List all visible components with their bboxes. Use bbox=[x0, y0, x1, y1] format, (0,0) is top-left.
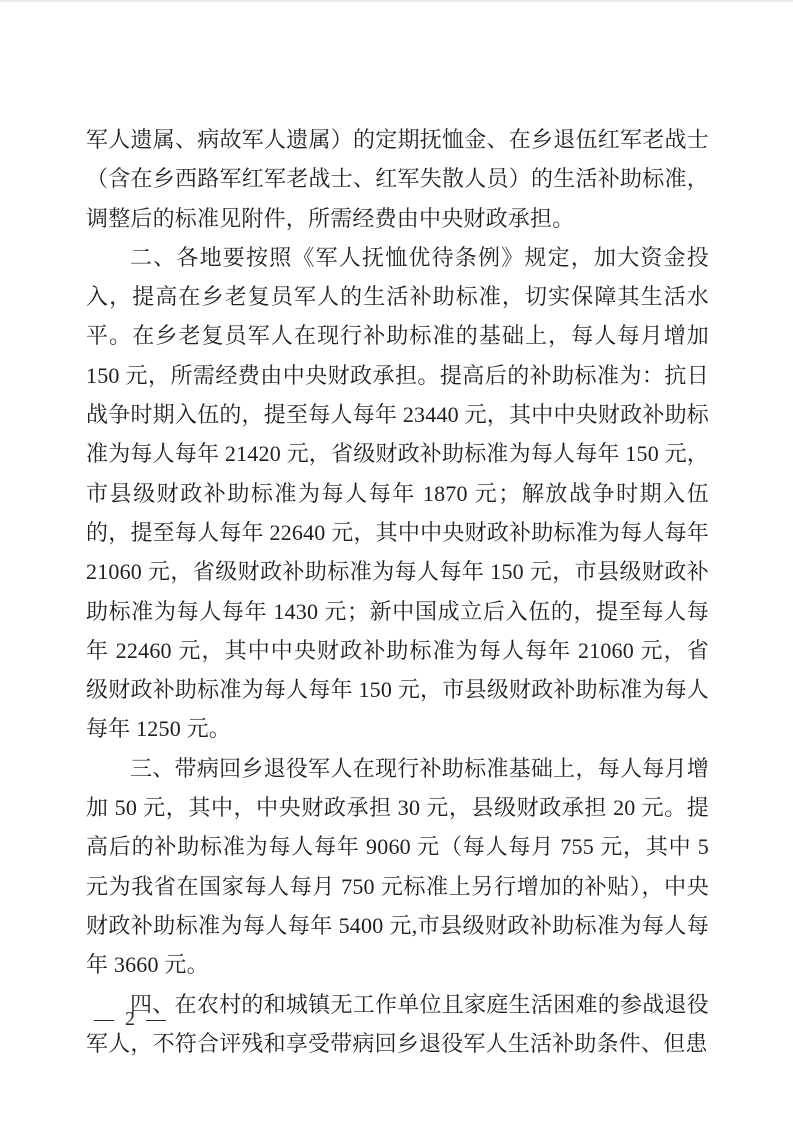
page-number: — 2 — bbox=[94, 1008, 169, 1031]
paragraph-section-3: 三、带病回乡退役军人在现行补助标准基础上，每人每月增加 50 元，其中，中央财政… bbox=[86, 749, 709, 985]
paragraph-section-2: 二、各地要按照《军人抚恤优待条例》规定，加大资金投入，提高在乡老复员军人的生活补… bbox=[86, 238, 709, 749]
document-body: 军人遗属、病故军人遗属）的定期抚恤金、在乡退伍红军老战士（含在乡西路军红军老战士… bbox=[86, 120, 709, 1063]
paragraph-continuation: 军人遗属、病故军人遗属）的定期抚恤金、在乡退伍红军老战士（含在乡西路军红军老战士… bbox=[86, 120, 709, 238]
scan-artifact-line bbox=[0, 0, 793, 2]
document-page: 军人遗属、病故军人遗属）的定期抚恤金、在乡退伍红军老战士（含在乡西路军红军老战士… bbox=[0, 0, 793, 1122]
paragraph-section-4: 四、在农村的和城镇无工作单位且家庭生活困难的参战退役军人，不符合评残和享受带病回… bbox=[86, 985, 709, 1064]
